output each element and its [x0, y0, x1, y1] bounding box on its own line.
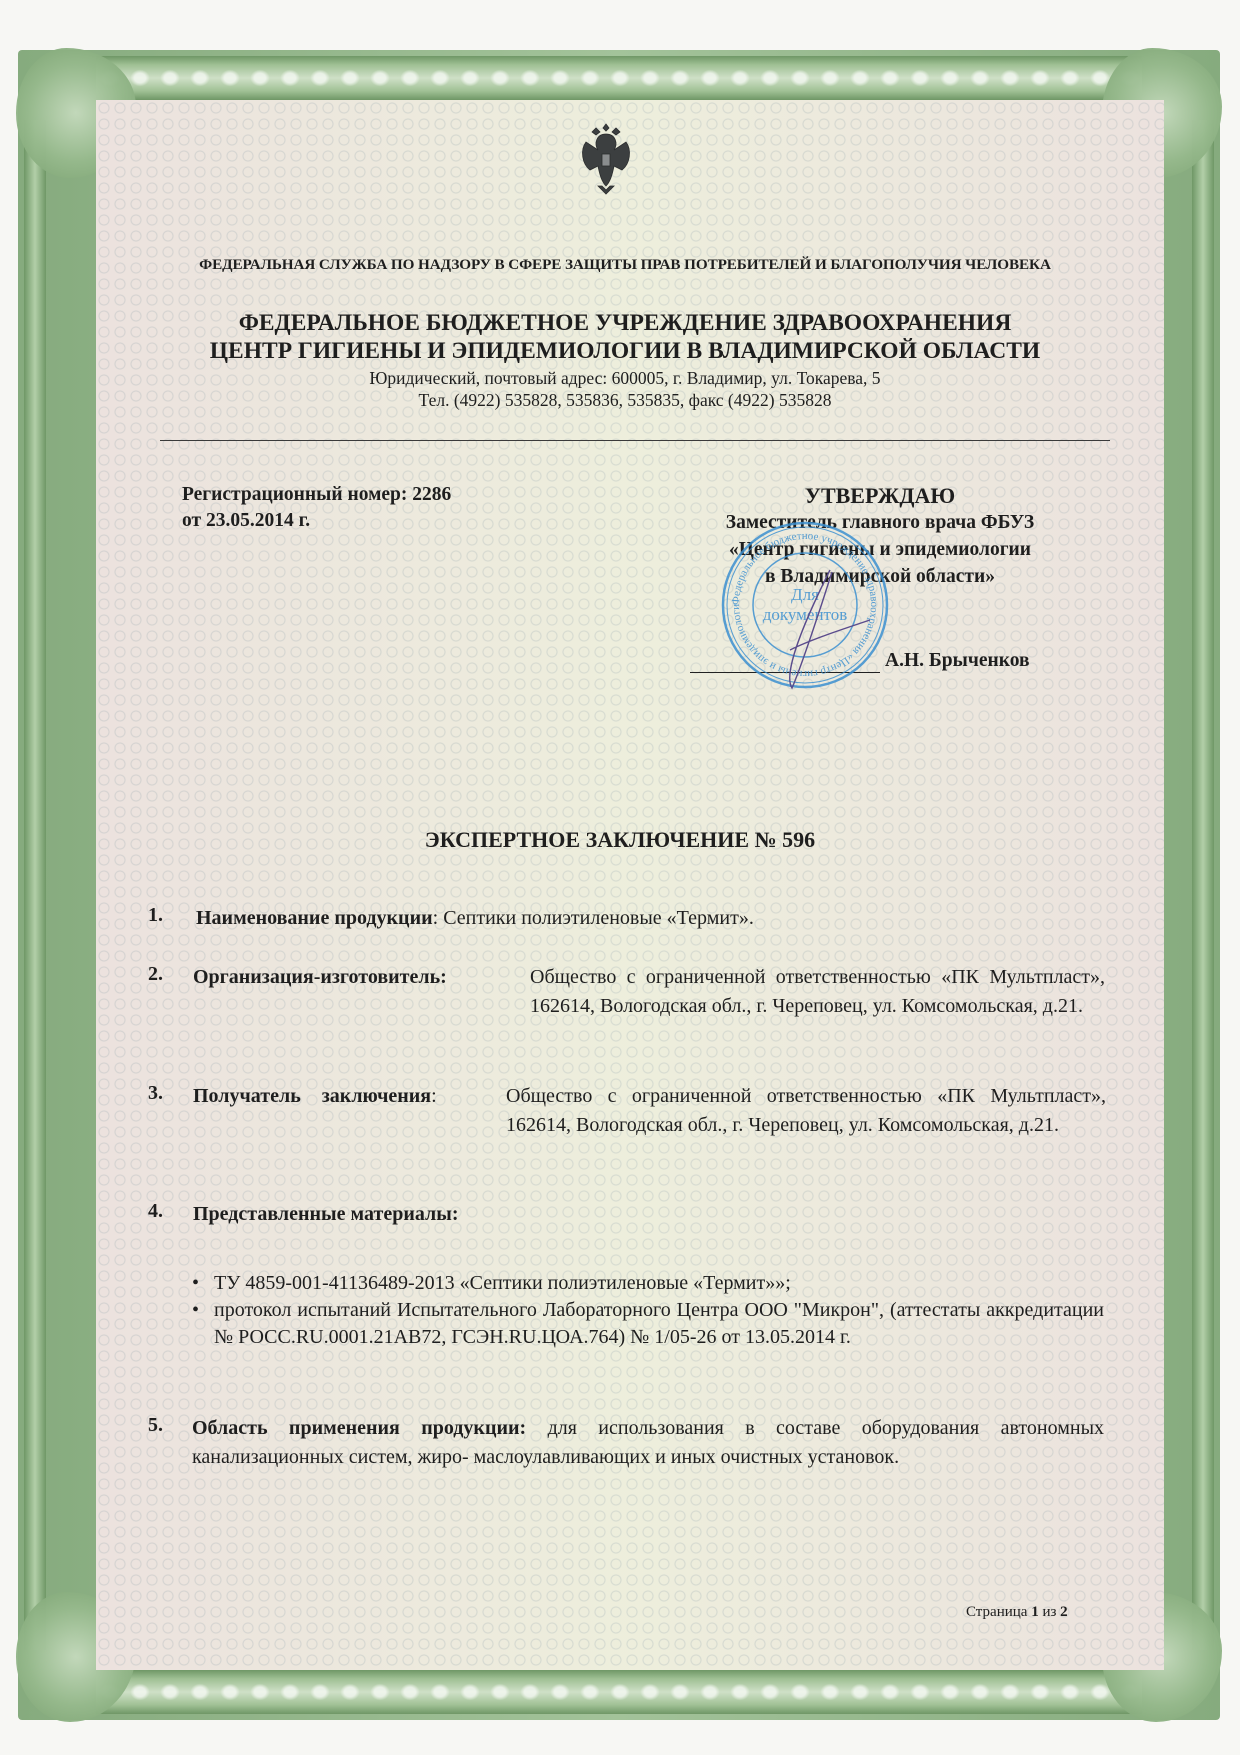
approver-position: Заместитель главного врача ФБУЗ	[665, 509, 1095, 536]
item-number: 2.	[148, 963, 163, 986]
org-line: ЦЕНТР ГИГИЕНЫ И ЭПИДЕМИОЛОГИИ В ВЛАДИМИР…	[150, 337, 1100, 365]
item-number: 1.	[148, 904, 163, 927]
agency-name: ФЕДЕРАЛЬНАЯ СЛУЖБА ПО НАДЗОРУ В СФЕРЕ ЗА…	[150, 256, 1100, 274]
page-prefix: Страница	[966, 1604, 1031, 1620]
registration-block: Регистрационный номер: 2286 от 23.05.201…	[182, 482, 451, 534]
item-number: 5.	[148, 1414, 163, 1437]
item-label: Получатель заключения	[193, 1085, 431, 1107]
item-application-area: Область применения продукции: для исполь…	[192, 1414, 1104, 1472]
page-total: 2	[1060, 1604, 1068, 1620]
document-page: ФЕДЕРАЛЬНАЯ СЛУЖБА ПО НАДЗОРУ В СФЕРЕ ЗА…	[0, 0, 1240, 1755]
phone-numbers: Тел. (4922) 535828, 535836, 535835, факс…	[150, 389, 1100, 411]
coat-of-arms-icon	[576, 120, 636, 198]
page-of: из	[1039, 1604, 1060, 1620]
stamp-center-line: документов	[763, 605, 848, 624]
approval-block: УТВЕРЖДАЮ Заместитель главного врача ФБУ…	[665, 482, 1095, 590]
approver-org-line: «Центр гигиены и эпидемиологии	[665, 536, 1095, 563]
approval-heading: УТВЕРЖДАЮ	[665, 482, 1095, 509]
registration-date: от 23.05.2014 г.	[182, 508, 451, 534]
item-separator: :	[433, 907, 444, 929]
item-number: 3.	[148, 1082, 163, 1105]
item-label: Область применения продукции:	[192, 1417, 526, 1439]
postal-address: Юридический, почтовый адрес: 600005, г. …	[150, 367, 1100, 389]
page-number: Страница 1 из 2	[966, 1604, 1068, 1621]
organization-name: ФЕДЕРАЛЬНОЕ БЮДЖЕТНОЕ УЧРЕЖДЕНИЕ ЗДРАВОО…	[150, 309, 1100, 365]
header-divider	[160, 440, 1110, 441]
page-current: 1	[1031, 1604, 1039, 1620]
list-item: протокол испытаний Испытательного Лабора…	[192, 1297, 1104, 1351]
item-separator: :	[431, 1085, 437, 1107]
item-label: Организация-изготовитель:	[193, 963, 447, 992]
item-recipient-label: Получатель заключения:	[193, 1082, 437, 1111]
approver-org-line: в Владимирской области»	[665, 563, 1095, 590]
item-recipient-value: Общество с ограниченной ответственностью…	[506, 1082, 1106, 1140]
org-line: ФЕДЕРАЛЬНОЕ БЮДЖЕТНОЕ УЧРЕЖДЕНИЕ ЗДРАВОО…	[150, 309, 1100, 337]
list-item: ТУ 4859-001-41136489-2013 «Септики полиэ…	[192, 1270, 1104, 1297]
materials-list: ТУ 4859-001-41136489-2013 «Септики полиэ…	[192, 1270, 1104, 1351]
item-value: Септики полиэтиленовые «Термит».	[443, 907, 754, 929]
signature-line	[690, 672, 880, 673]
document-title: ЭКСПЕРТНОЕ ЗАКЛЮЧЕНИЕ № 596	[130, 827, 1110, 853]
signer-name: А.Н. Брыченков	[885, 650, 1030, 672]
organization-contacts: Юридический, почтовый адрес: 600005, г. …	[150, 367, 1100, 411]
item-materials-label: Представленные материалы:	[193, 1200, 459, 1229]
item-product-name: Наименование продукции: Септики полиэтил…	[196, 904, 1106, 933]
item-label: Наименование продукции	[196, 907, 433, 929]
registration-number: Регистрационный номер: 2286	[182, 482, 451, 508]
item-manufacturer-value: Общество с ограниченной ответственностью…	[530, 963, 1105, 1021]
item-number: 4.	[148, 1200, 163, 1223]
